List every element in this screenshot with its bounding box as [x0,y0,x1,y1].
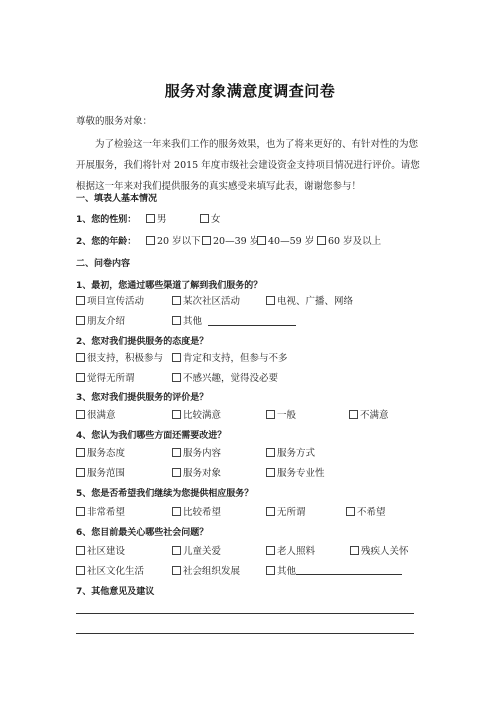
question-4: 4、您认为我们哪些方面还需要改进？ [76,430,226,442]
q3-option-4[interactable]: 不满意 [349,410,389,422]
checkbox[interactable] [172,353,181,362]
age-option-3[interactable]: 40—59 岁 [257,236,314,248]
question-2: 2、您对我们提供服务的态度是？ [76,336,208,348]
checkbox[interactable] [172,546,181,555]
checkbox[interactable] [76,546,85,555]
checkbox[interactable] [266,468,275,477]
checkbox[interactable] [266,566,275,575]
checkbox[interactable] [172,448,181,457]
checkbox[interactable] [76,296,85,305]
q3-option-2[interactable]: 比较满意 [172,410,221,422]
q6-option-7[interactable]: 其他 [266,566,296,578]
question-3: 3、您对我们提供服务的评价是？ [76,392,208,404]
checkbox[interactable] [172,296,181,305]
checkbox[interactable] [76,353,85,362]
age-label: 2、您的年龄： [76,236,136,248]
checkbox[interactable] [172,373,181,382]
q6-option-5[interactable]: 社区文化生活 [76,566,144,578]
question-7: 7、其他意见及建议 [76,586,154,598]
q6-option-6[interactable]: 社会组织发展 [172,566,240,578]
greeting: 尊敬的服务对象： [76,116,152,128]
q2-option-3[interactable]: 觉得无所谓 [76,373,135,385]
q5-option-3[interactable]: 无所谓 [266,507,306,519]
q1-option-2[interactable]: 某次社区活动 [172,296,240,308]
q6-option-2[interactable]: 儿童关爱 [172,546,221,558]
checkbox[interactable] [350,546,359,555]
intro-paragraph: 为了检验这一年来我们工作的服务效果，也为了将来更好的、有针对性的为您开展服务，我… [76,134,426,197]
section1-heading: 一、填表人基本情况 [76,193,157,205]
comments-line-1[interactable] [76,613,414,614]
checkbox[interactable] [172,410,181,419]
checkbox[interactable] [172,468,181,477]
checkbox[interactable] [266,296,275,305]
intro-text: 为了检验这一年来我们工作的服务效果，也为了将来更好的、有针对性的为您开展服务，我… [76,139,420,192]
checkbox[interactable] [172,316,181,325]
q4-option-2[interactable]: 服务内容 [172,448,221,460]
q1-option-4[interactable]: 朋友介绍 [76,316,125,328]
question-1: 1、最初，您通过哪些渠道了解到我们服务的？ [76,280,262,292]
checkbox[interactable] [76,448,85,457]
checkbox[interactable] [76,373,85,382]
checkbox[interactable] [346,507,355,516]
question-5: 5、您是否希望我们继续为您提供相应服务？ [76,488,253,500]
checkbox[interactable] [76,316,85,325]
checkbox[interactable] [257,236,266,245]
q4-option-6[interactable]: 服务专业性 [266,468,325,480]
q3-option-1[interactable]: 很满意 [76,410,116,422]
checkbox[interactable] [202,236,211,245]
gender-option-female[interactable]: 女 [200,214,221,226]
q5-option-4[interactable]: 不希望 [346,507,386,519]
checkbox[interactable] [172,507,181,516]
checkbox[interactable] [266,448,275,457]
q3-option-3[interactable]: 一般 [266,410,296,422]
question-6: 6、您目前最关心哪些社会问题？ [76,527,208,539]
q1-option-1[interactable]: 项目宣传活动 [76,296,144,308]
page-title: 服务对象满意度调查问卷 [0,80,500,101]
checkbox[interactable] [76,410,85,419]
q2-option-4[interactable]: 不感兴趣，觉得没必要 [172,373,278,385]
q6-option-3[interactable]: 老人照料 [266,546,315,558]
q1-option-3[interactable]: 电视、广播、网络 [266,296,353,308]
q2-option-1[interactable]: 很支持，积极参与 [76,353,163,365]
q1-option-5[interactable]: 其他 [172,316,202,328]
gender-label: 1、您的性别： [76,214,136,226]
checkbox[interactable] [317,236,326,245]
gender-option-male[interactable]: 男 [146,214,167,226]
age-option-2[interactable]: 20—39 岁 [202,236,259,248]
age-option-4[interactable]: 60 岁及以上 [317,236,381,248]
q2-option-2[interactable]: 肯定和支持，但参与不多 [172,353,288,365]
checkbox[interactable] [76,566,85,575]
q6-option-4[interactable]: 残疾人关怀 [350,546,409,558]
checkbox[interactable] [76,507,85,516]
q5-option-2[interactable]: 比较希望 [172,507,221,519]
q4-option-1[interactable]: 服务态度 [76,448,125,460]
survey-page: 服务对象满意度调查问卷 尊敬的服务对象： 为了检验这一年来我们工作的服务效果，也… [0,0,500,708]
q4-option-4[interactable]: 服务范围 [76,468,125,480]
checkbox[interactable] [266,410,275,419]
checkbox[interactable] [200,214,209,223]
q6-other-blank[interactable] [296,574,402,575]
checkbox[interactable] [76,468,85,477]
q6-option-1[interactable]: 社区建设 [76,546,125,558]
q1-other-blank[interactable] [208,325,296,326]
checkbox[interactable] [172,566,181,575]
checkbox[interactable] [146,214,155,223]
checkbox[interactable] [266,546,275,555]
checkbox[interactable] [266,507,275,516]
q4-option-5[interactable]: 服务对象 [172,468,221,480]
age-option-1[interactable]: 20 岁以下 [146,236,201,248]
q5-option-1[interactable]: 非常希望 [76,507,125,519]
checkbox[interactable] [146,236,155,245]
section2-heading: 二、问卷内容 [76,258,130,270]
checkbox[interactable] [349,410,358,419]
comments-line-2[interactable] [76,633,414,634]
q4-option-3[interactable]: 服务方式 [266,448,315,460]
